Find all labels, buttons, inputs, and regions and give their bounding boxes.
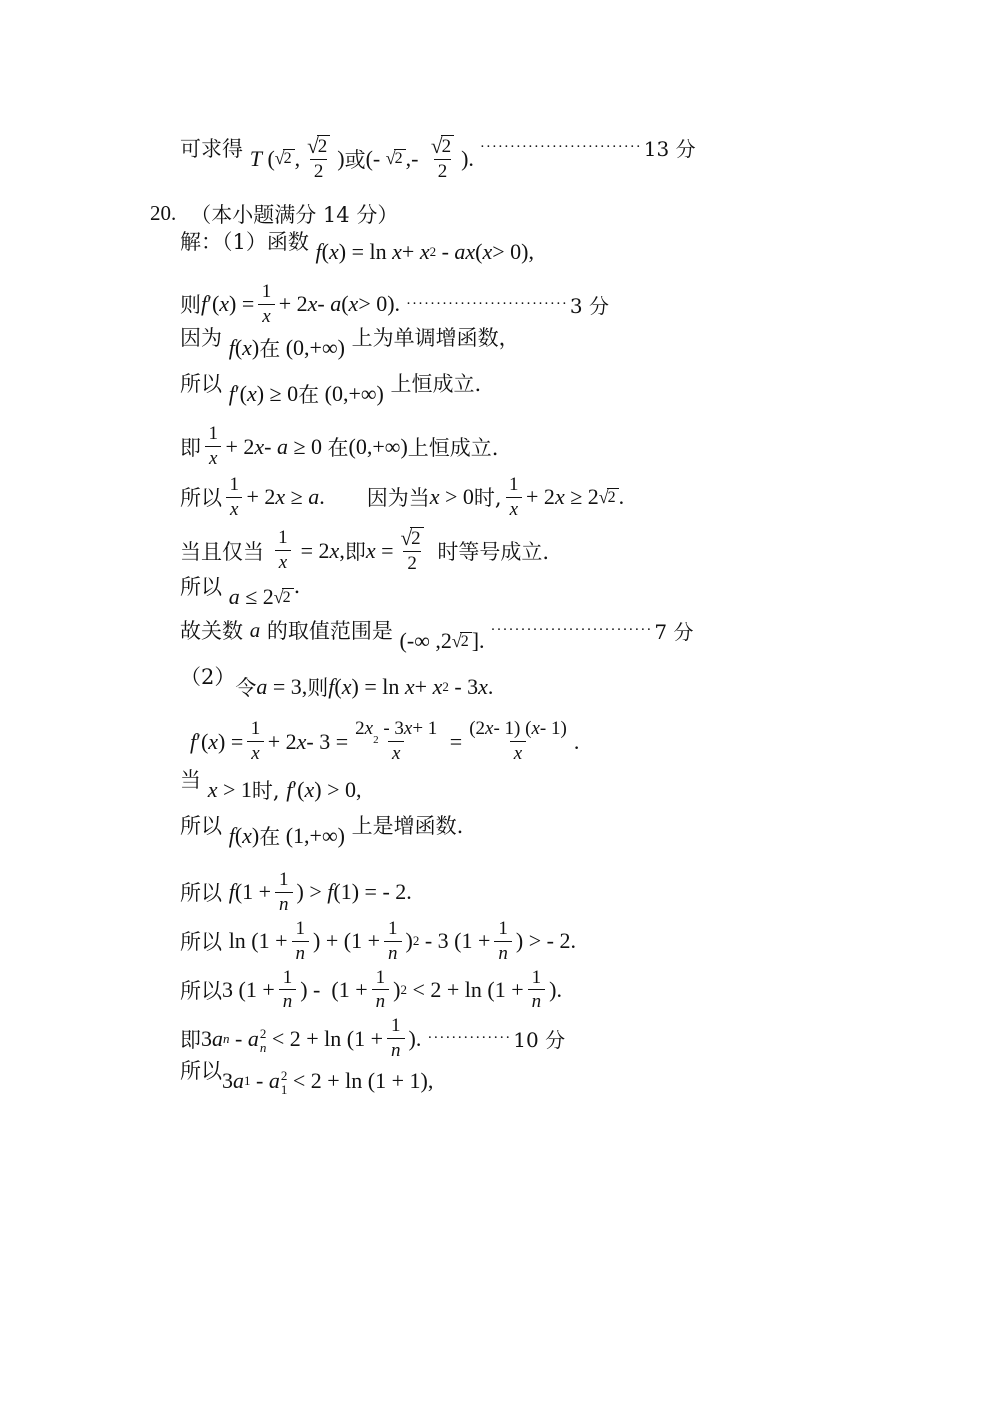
sup-sub-stack: 21 <box>281 1069 288 1096</box>
numerator: 1 <box>248 718 264 741</box>
math-symbols: ) = ln <box>352 674 405 700</box>
math-symbols: ) = <box>218 729 243 755</box>
math-symbols: = <box>444 729 462 755</box>
numerator: 1 <box>226 474 242 497</box>
math-symbols: 1 <box>498 918 508 940</box>
line-min-value: 所以1x+ 2x ≥ a.因为当x > 0时,1x+ 2x ≥ 2√2. <box>180 474 960 521</box>
math-variable: x <box>366 538 376 564</box>
chinese-text: 上恒成立. <box>384 368 481 398</box>
math-variable: a <box>308 484 319 510</box>
math-variable: x <box>430 484 440 510</box>
math-symbols: ≥ 0 <box>288 434 328 460</box>
dotted-leader: ··························· <box>491 622 653 639</box>
denominator: x <box>258 304 274 328</box>
math-symbols: = 3, <box>267 674 307 700</box>
math-symbols: + <box>415 674 433 700</box>
math-variable: x <box>275 484 285 510</box>
chinese-text: 上是增函数. <box>345 810 463 840</box>
chinese-text: 上恒成立. <box>408 432 499 462</box>
math-variable: x <box>514 743 522 765</box>
math-symbols: < 2 + ln (1 + 1), <box>287 1068 433 1094</box>
math-symbols: (- <box>366 146 386 172</box>
math-symbols: > 1 <box>217 777 251 803</box>
chinese-text: 时, <box>474 482 502 512</box>
math-symbols: 1 <box>208 423 218 445</box>
math-symbols: , <box>295 146 301 172</box>
math-symbols: (0,+∞) <box>280 335 345 361</box>
chinese-text: 即 <box>345 536 366 566</box>
chinese-inline-math: 令 <box>235 672 256 702</box>
denominator: n <box>387 1038 405 1062</box>
numerator: 1 <box>275 527 291 550</box>
dotted-leader: ·············· <box>427 1030 511 1047</box>
math-symbols: + 1 <box>412 718 437 740</box>
square-root: √2 <box>431 135 454 158</box>
line-positive-derivative: 当 x > 1时, f′(x) > 0, <box>180 775 960 805</box>
math-variable: x <box>392 743 400 765</box>
math-variable: x <box>305 777 315 803</box>
radicand: 2 <box>282 588 294 607</box>
math-variable: x <box>254 434 264 460</box>
score-marker: 7 分 <box>654 616 693 645</box>
math-variable: x <box>208 777 218 803</box>
math-variable: x <box>262 306 270 328</box>
denominator: n <box>279 989 297 1013</box>
math-variable: n <box>279 894 289 916</box>
line-question-20-header: 20.（本小题满分 14 分） <box>150 199 960 229</box>
line-expanded-inequality: 所以 ln (1 +1n) + (1 +1n)2 - 3 (1 +1n) > -… <box>180 918 960 965</box>
math-variable: x <box>404 718 412 740</box>
math-variable: n <box>532 991 542 1013</box>
radicand: 2 <box>441 135 455 158</box>
chinese-text: （本小题满分 14 分） <box>190 199 398 229</box>
numerator: 1 <box>506 474 522 497</box>
math-symbols: > 0). <box>358 291 400 317</box>
fraction: (2x- 1) (x- 1)x <box>466 718 570 765</box>
line-nonneg-condition: 所以 f′(x) ≥ 0在 (0,+∞) 上恒成立. <box>180 379 960 409</box>
math-symbols: ′( <box>235 381 247 407</box>
math-symbols: ) <box>393 977 400 1003</box>
math-symbols: = 2 <box>295 538 329 564</box>
math-symbols: ) <box>252 823 259 849</box>
math-variable: x <box>242 823 252 849</box>
math-variable: x <box>219 291 229 317</box>
numerator: 1 <box>276 869 292 892</box>
math-symbols: 1 <box>229 474 239 496</box>
chinese-text: 因为当 <box>367 482 430 512</box>
math-symbols: ) - (1 + <box>300 977 367 1003</box>
denominator: n <box>275 892 293 916</box>
math-symbols: 1 <box>376 967 386 989</box>
chinese-text: 因为 <box>180 322 229 352</box>
math-symbols: (1,+∞) <box>280 823 345 849</box>
square-root: √2 <box>275 149 295 168</box>
math-variable: x <box>251 743 259 765</box>
math-symbols: 1 <box>509 474 519 496</box>
math-symbols: 1 <box>388 918 398 940</box>
math-variable: x <box>349 291 359 317</box>
line-an-inequality: 即3an - a2n < 2 + ln (1 +1n).············… <box>180 1015 960 1062</box>
score-marker: 10 分 <box>513 1024 565 1053</box>
denominator: 2 <box>310 159 328 183</box>
math-symbols: < 2 + ln (1 + <box>266 1026 383 1052</box>
numerator: 1 <box>280 967 296 990</box>
math-symbols: . <box>319 484 325 510</box>
fraction: 1n <box>275 869 293 916</box>
denominator: 2 <box>403 551 421 575</box>
math-symbols: > 0 <box>439 484 473 510</box>
chinese-text: （2） <box>180 661 235 691</box>
math-symbols: ≤ 2 <box>240 584 274 610</box>
chinese-text: 可求得 <box>180 133 250 163</box>
math-symbols: ≥ 2 <box>565 484 599 510</box>
math-variable: a <box>256 674 267 700</box>
math-variable: x <box>433 674 443 700</box>
math-symbols: 1 <box>532 967 542 989</box>
line-point-T-answer: 可求得 T (√2,√22)或(- √2,- √22).············… <box>180 135 960 183</box>
fraction: 1x <box>506 474 522 521</box>
fraction: 1x <box>247 718 263 765</box>
math-symbols: 1 <box>278 527 288 549</box>
radicand: 2 <box>460 632 472 651</box>
chinese-text: . <box>294 574 301 598</box>
denominator: n <box>384 941 402 965</box>
chinese-text: 所以 <box>180 810 229 840</box>
fraction: √22 <box>398 527 427 575</box>
math-symbols: . <box>488 674 494 700</box>
math-variable: x <box>247 381 257 407</box>
math-variable: T <box>250 146 262 172</box>
math-symbols: ′( <box>292 777 304 803</box>
fraction: 1n <box>292 918 310 965</box>
math-symbols: - <box>230 1026 248 1052</box>
radicand: 2 <box>317 135 331 158</box>
math-symbols: - <box>317 291 330 317</box>
math-symbols: 1 <box>391 1015 401 1037</box>
math-symbols: (0,+∞) <box>319 381 384 407</box>
math-symbols: (1 + <box>235 879 271 905</box>
chinese-text: 解：（1）函数 <box>180 226 316 256</box>
math-variable: x <box>329 239 339 265</box>
math-variable: x <box>330 538 340 564</box>
math-symbols: ) = ln <box>339 239 392 265</box>
chinese-text: 故关数 <box>180 615 250 645</box>
line-equality-condition: 当且仅当 1x = 2x,即x =√22 时等号成立. <box>180 527 960 575</box>
math-variable: x <box>365 718 373 740</box>
subscript: 1 <box>281 1083 288 1097</box>
square-root: √2 <box>274 588 294 607</box>
denominator: x <box>275 550 291 574</box>
chinese-text: 所以 <box>180 877 229 907</box>
radicand: 2 <box>283 149 295 168</box>
math-symbols: ( <box>475 239 482 265</box>
line-f-inequality: 所以 f(1 +1n) > f(1) = - 2. <box>180 869 960 916</box>
chinese-text: 当 <box>180 764 208 794</box>
chinese-inline-math: 在 <box>259 333 280 363</box>
numerator: 1 <box>529 967 545 990</box>
chinese-text: 所以 <box>180 571 229 601</box>
line-solution-part1-function: 解：（1）函数 f(x) = ln x+ x2 - ax(x> 0), <box>180 237 960 267</box>
chinese-inline-math: 则 <box>307 672 328 702</box>
math-symbols: + 2 <box>246 484 275 510</box>
math-variable: a <box>269 1068 280 1094</box>
math-variable: x <box>510 499 518 521</box>
math-symbols: - <box>251 1068 269 1094</box>
math-symbols: ). <box>409 1026 422 1052</box>
math-symbols: ) > <box>297 879 328 905</box>
radicand: 2 <box>410 527 424 550</box>
chinese-inline-math: 在 <box>298 379 319 409</box>
math-symbols: + 2 <box>526 484 555 510</box>
math-symbols: > 0), <box>492 239 534 265</box>
math-symbols: = <box>376 538 394 564</box>
math-symbols: + 2 <box>279 291 308 317</box>
denominator: x <box>506 497 522 521</box>
fraction: 1x <box>258 281 274 328</box>
math-symbols: 1 <box>283 967 293 989</box>
numerator: (2x- 1) (x- 1) <box>466 718 570 741</box>
math-symbols: - 3 (1 + <box>419 928 490 954</box>
math-variable: a <box>277 434 288 460</box>
numerator: 1 <box>293 918 309 941</box>
math-symbols: ( <box>341 291 348 317</box>
denominator: x <box>205 446 221 470</box>
square-root: √2 <box>401 527 424 550</box>
fraction: 1n <box>384 918 402 965</box>
math-variable: a <box>248 1026 259 1052</box>
math-variable: ax <box>454 239 475 265</box>
math-symbols: 2 <box>407 553 417 575</box>
math-symbols: . <box>574 729 580 755</box>
denominator: 2 <box>434 159 452 183</box>
math-variable: x <box>405 674 415 700</box>
math-symbols: ). <box>549 977 562 1003</box>
fraction: 1n <box>279 967 297 1014</box>
numerator: 1 <box>385 918 401 941</box>
math-symbols: ,- <box>406 146 424 172</box>
math-symbols: ) = <box>229 291 254 317</box>
math-variable: x <box>478 674 488 700</box>
math-symbols: 1 <box>251 718 261 740</box>
math-symbols: + <box>402 239 420 265</box>
numerator: 1 <box>373 967 389 990</box>
math-variable: x <box>242 335 252 361</box>
numerator: 1 <box>495 918 511 941</box>
line-derivative-factored: f′(x) =1x+ 2x- 3 =2x2 - 3x+ 1x =(2x- 1) … <box>190 718 960 765</box>
denominator: n <box>528 989 546 1013</box>
fraction: 1x <box>275 527 291 574</box>
denominator: n <box>494 941 512 965</box>
chinese-inline-math: 在 <box>259 821 280 851</box>
math-variable: x <box>485 718 493 740</box>
square-root: √2 <box>599 488 619 507</box>
math-symbols: - 3 = <box>306 729 348 755</box>
variable-text: a <box>250 618 261 643</box>
math-variable: x <box>555 484 565 510</box>
chinese-text: 在 <box>328 432 349 462</box>
chinese-text: 所以 <box>180 1055 222 1085</box>
math-symbols: ) > - 2. <box>516 928 576 954</box>
math-symbols: ≥ <box>285 484 308 510</box>
math-symbols: + 2 <box>268 729 297 755</box>
document-page: 可求得 T (√2,√22)或(- √2,- √22).············… <box>0 0 1000 1096</box>
score-marker: 3 分 <box>570 290 609 319</box>
math-variable: a <box>229 584 240 610</box>
radicand: 2 <box>394 149 406 168</box>
chinese-text: 所以 <box>180 926 229 956</box>
chinese-text: 时等号成立. <box>431 536 549 566</box>
numerator: 1 <box>205 423 221 446</box>
square-root: √2 <box>452 632 472 651</box>
math-symbols: ) <box>337 146 344 172</box>
math-symbols: < 2 + ln (1 + <box>407 977 524 1003</box>
math-symbols: . <box>619 484 625 510</box>
denominator: x <box>510 741 526 765</box>
fraction: 1x <box>226 474 242 521</box>
math-variable: n <box>391 1040 401 1062</box>
math-symbols: ln (1 + <box>229 928 288 954</box>
score-marker: 13 分 <box>644 133 696 162</box>
denominator: n <box>292 941 310 965</box>
line-part2-setup: （2）令a = 3,则f(x) = ln x+ x2 - 3x. <box>180 672 960 702</box>
line-a-range-conclusion: 故关数 a 的取值范围是 (-∞ ,2√2].·················… <box>180 626 960 656</box>
square-root: √2 <box>307 135 330 158</box>
math-variable: x <box>483 239 493 265</box>
dotted-leader: ··························· <box>406 296 568 313</box>
numerator: 1 <box>388 1015 404 1038</box>
math-symbols: ) <box>252 335 259 361</box>
denominator: n <box>372 989 390 1013</box>
math-symbols: 2 <box>438 161 448 183</box>
math-variable: x <box>297 729 307 755</box>
math-symbols: 2 <box>355 718 365 740</box>
dotted-leader: ··························· <box>480 139 642 156</box>
fraction: √22 <box>428 135 457 183</box>
math-symbols: - 3 <box>449 674 478 700</box>
math-variable: x <box>420 239 430 265</box>
math-symbols: ) + (1 + <box>313 928 380 954</box>
numerator: 1 <box>259 281 275 304</box>
line-a-range-ineq: 所以 a ≤ 2√2. <box>180 582 960 612</box>
math-symbols: - 3 <box>379 718 404 740</box>
math-symbols: - 1) ( <box>493 718 531 740</box>
math-symbols: ′( <box>196 729 208 755</box>
numerator: 2x2 - 3x+ 1 <box>352 718 440 741</box>
math-symbols: (2 <box>469 718 485 740</box>
math-variable: x <box>230 499 238 521</box>
math-variable: n <box>388 943 398 965</box>
chinese-text: 即 <box>180 432 201 462</box>
line-rearranged-inequality: 所以3 (1 +1n) - (1 +1n)2 < 2 + ln (1 +1n). <box>180 967 960 1014</box>
math-variable: x <box>208 729 218 755</box>
math-symbols: 3 (1 + <box>222 977 275 1003</box>
chinese-inline-math: 时, <box>252 775 286 805</box>
math-symbols: 1 <box>296 918 306 940</box>
denominator: x <box>388 741 404 765</box>
denominator: x <box>247 741 263 765</box>
subscript: n <box>260 1041 267 1055</box>
math-variable: n <box>376 991 386 1013</box>
math-variable: x <box>279 552 287 574</box>
line-a1-inequality: 所以3a1 - a21 < 2 + ln (1 + 1), <box>180 1066 960 1096</box>
math-symbols: ) ≥ 0 <box>257 381 298 407</box>
sup-sub-stack: 2n <box>260 1027 267 1054</box>
fraction: 1n <box>387 1015 405 1062</box>
math-symbols: ( <box>322 239 329 265</box>
math-symbols: (0,+∞) <box>349 434 408 460</box>
math-variable: a <box>330 291 341 317</box>
math-symbols: 2 <box>314 161 324 183</box>
math-variable: x <box>392 239 402 265</box>
chinese-text: 的取值范围是 <box>260 615 399 645</box>
fraction: 1n <box>372 967 390 1014</box>
math-symbols: (-∞ ,2 <box>400 628 452 654</box>
square-root: √2 <box>386 149 406 168</box>
chinese-text: 则 <box>180 289 201 319</box>
math-symbols: ( <box>334 674 341 700</box>
math-variable: x <box>531 718 539 740</box>
fraction: 1x <box>205 423 221 470</box>
math-variable: x <box>209 448 217 470</box>
math-symbols: - <box>264 434 277 460</box>
math-symbols: (1) = - 2. <box>333 879 411 905</box>
chinese-inline-math: 或 <box>345 144 366 174</box>
chinese-text: 所以 <box>180 975 222 1005</box>
line-inequality-holds: 即1x+ 2x- a ≥ 0 在(0,+∞)上恒成立. <box>180 423 960 470</box>
math-symbols: 1 <box>279 869 289 891</box>
math-symbols: - <box>436 239 454 265</box>
chinese-text: 即 <box>180 1024 201 1054</box>
math-variable: x <box>342 674 352 700</box>
fraction: 1n <box>528 967 546 1014</box>
superscript: 2 <box>281 1069 288 1083</box>
numerator: √2 <box>398 527 427 551</box>
fraction: 2x2 - 3x+ 1x <box>352 718 440 765</box>
numerator: √2 <box>304 135 333 159</box>
denominator: x <box>226 497 242 521</box>
line-derivative: 则f′(x) =1x+ 2x- a(x> 0).················… <box>180 281 960 328</box>
chinese-text: 当且仅当 <box>180 536 271 566</box>
math-symbols: 3 <box>222 1068 233 1094</box>
line-monotonic-condition: 因为 f(x)在 (0,+∞) 上为单调增函数， <box>180 333 960 363</box>
chinese-text: 所以 <box>180 368 229 398</box>
math-variable: n <box>498 943 508 965</box>
line-increasing-function: 所以 f(x)在 (1,+∞) 上是增函数. <box>180 821 960 851</box>
chinese-text: 上为单调增函数， <box>345 322 520 352</box>
math-symbols: + 2 <box>225 434 254 460</box>
math-symbols: ( <box>262 146 275 172</box>
math-symbols: 3 <box>201 1026 212 1052</box>
math-symbols: ) > 0, <box>314 777 361 803</box>
math-symbols: ]. <box>472 628 485 654</box>
fraction: 1n <box>494 918 512 965</box>
superscript: 2 <box>260 1027 267 1041</box>
fraction: √22 <box>304 135 333 183</box>
math-variable: a <box>212 1026 223 1052</box>
question-number: 20. <box>150 201 176 226</box>
math-symbols: 1 <box>262 281 272 303</box>
chinese-text: 所以 <box>180 482 222 512</box>
math-symbols: - 1) <box>540 718 567 740</box>
math-variable: a <box>233 1068 244 1094</box>
math-symbols: ) <box>406 928 413 954</box>
numerator: √2 <box>428 135 457 159</box>
math-variable: n <box>283 991 293 1013</box>
radicand: 2 <box>607 488 619 507</box>
math-symbols: ). <box>461 146 474 172</box>
math-variable: n <box>296 943 306 965</box>
math-variable: x <box>308 291 318 317</box>
